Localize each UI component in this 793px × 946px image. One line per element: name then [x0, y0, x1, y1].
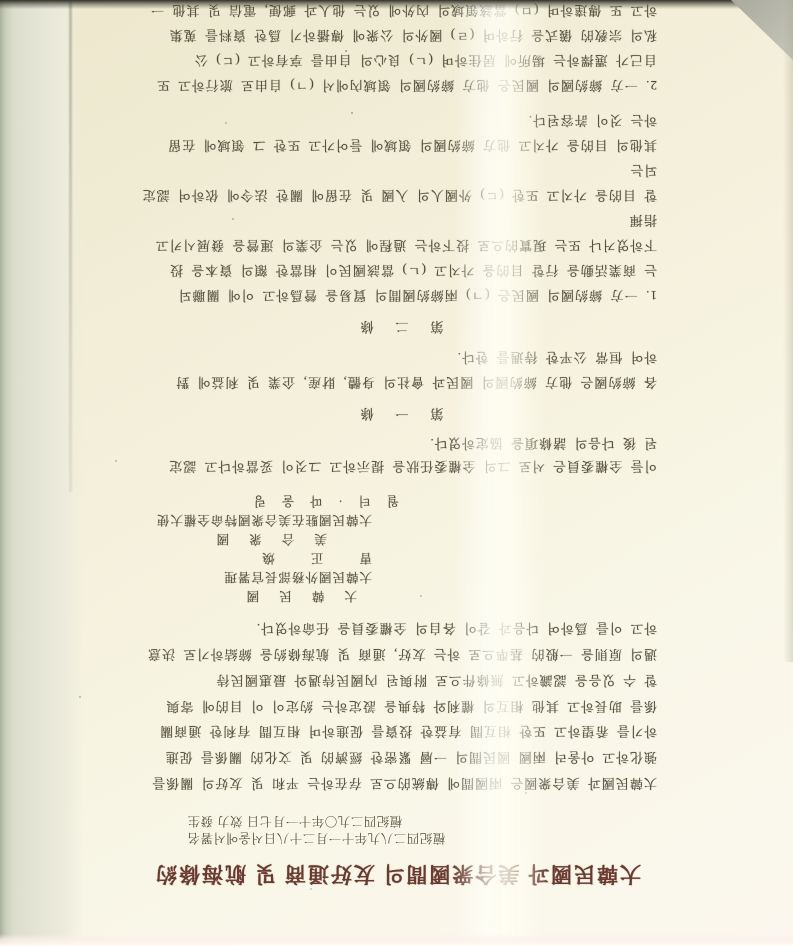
article2-paragraph-2: 2. 一方 締約國의 國民은 他方 締約國의 領域內에서 (ㄱ) 自由로 旅行하… [138, 0, 657, 98]
article2-line: 하는 것이 許容된다. [138, 108, 657, 133]
preamble-paragraph: 大韓民國과 美合衆國은 兩國間에 傳統的으로 存在하는 平和 및 友好의 關係를… [138, 615, 657, 796]
document-content: 大韓民國과 美合衆國間의 友好通商 및 航海條約 檀紀四二八九年十一月二十八日서… [0, 0, 793, 946]
preamble-line: 할 수 있음을 認識하고 無條件으로 附與된 內國民待遇와 最惠國民待 [138, 667, 657, 693]
article2-line: 는 商業活動을 行할 目的을 가지고 (ㄴ) 當該國民이 相當한 額의 資本을 … [138, 258, 657, 283]
article1-body: 各 締約國은 他方 締約國의 國民과 會社의 身體, 財産, 企業 및 利益에 … [138, 345, 657, 395]
treaty-title: 大韓民國과 美合衆國間의 友好通商 및 航海條約 [138, 858, 657, 890]
article2-line: 自己가 選擇하는 場所에 居住하며 (ㄴ) 良心의 自由를 享有하고 (ㄷ) 公 [138, 48, 657, 73]
article1-line: 各 締約國은 他方 締約國의 國民과 會社의 身體, 財産, 企業 및 利益에 … [138, 370, 657, 395]
article2-line: 할 目的을 가지고 또한 (ㄷ) 外國人의 入國 및 在留에 關한 法令에 依하… [138, 158, 657, 208]
plenipotentiary-line: 된 後 다음의 諸條項을 協定하였다. [138, 432, 657, 455]
article2-paragraph-1: 1. 一方 締約國의 國民은 (ㄱ) 兩締約國間의 貿易을 營爲하고 이에 關聯… [138, 108, 657, 308]
date-block: 檀紀四二八九年十一月二十八日서울에서署名 檀紀四二九〇年十一月七日 效力 發生 [187, 812, 657, 846]
article2-line: 하고 또 傳達하며 (ㅁ) 當該領域의 內外에 있는 他人과 郵便, 電信 및 … [138, 0, 657, 23]
plenipotentiary-line: 이들 全權委員은 서로 그의 全權委任狀을 提示하고 그것이 妥當하다고 認定 [138, 455, 657, 478]
us-signatory-title: 大韓民國駐在美合衆國特命全權大使 [138, 510, 372, 529]
korea-signatory-name: 曺 正 煥 [138, 548, 372, 567]
scanned-document-page: 大韓民國과 美合衆國間의 友好通商 및 航海條約 檀紀四二八九年十一月二十八日서… [0, 0, 793, 946]
signatory-block: 大 韓 民 國 大韓民國外務部長官署理 曺 正 煥 美 合 衆 國 大韓民國駐在… [138, 491, 657, 605]
article2-line: 2. 一方 締約國의 國民은 他方 締約國의 領域內에서 (ㄱ) 自由로 旅行하… [138, 73, 657, 98]
us-label: 美 合 衆 國 [138, 529, 327, 548]
article2-line: 1. 一方 締約國의 國民은 (ㄱ) 兩締約國間의 貿易을 營爲하고 이에 關聯… [138, 283, 657, 308]
korea-label: 大 韓 民 國 [138, 586, 357, 605]
preamble-line: 係를 助長하고 其他 相互의 權利와 特典을 設定하는 約定이 이 目的에 寄與 [138, 693, 657, 719]
preamble-line: 遇의 原則을 一般的 基準으로 하는 友好, 通商 및 航海條約을 締結하기로 … [138, 641, 657, 667]
preamble-line: 하고 이를 爲하여 다음과 같이 各自의 全權委員을 任命하였다. [138, 615, 657, 641]
preamble-line: 大韓民國과 美合衆國은 兩國間에 傳統的으로 存在하는 平和 및 友好의 關係를 [138, 770, 657, 796]
effective-date-line: 檀紀四二九〇年十一月七日 效力 發生 [187, 812, 657, 829]
us-signatory-name: 월 터 · 따 울 링 [138, 491, 399, 510]
korea-signatory-title: 大韓民國外務部長官署理 [138, 567, 372, 586]
article2-heading: 第 二 條 [138, 316, 657, 336]
preamble-line: 하기를 希望하고 또한 相互間 有益한 投資를 促進하며 相互間 有利한 通商關 [138, 719, 657, 745]
plenipotentiary-paragraph: 이들 全權委員은 서로 그의 全權委任狀을 提示하고 그것이 妥當하다고 認定 … [138, 432, 657, 478]
article1-heading: 第 一 條 [138, 403, 657, 423]
article2-line: 私의 宗敎的 儀式을 行하며 (ㄹ) 國外의 公衆에 傳播하기 爲한 資料를 蒐… [138, 23, 657, 48]
article2-line: 下하였거나 또는 現實的으로 投下하는 過程에 있는 企業의 運營을 發展시키고… [138, 208, 657, 258]
signing-date-line: 檀紀四二八九年十一月二十八日서울에서署名 [187, 829, 657, 846]
article1-line: 하여 恒常 公平한 待遇를 한다. [138, 345, 657, 370]
preamble-line: 強化하고 아울러 兩國 國民間의 一層 緊密한 經濟的 및 文化的 關係를 促進 [138, 744, 657, 770]
article2-line: 其他의 目的을 가지고 他方 締約國의 領域에 들어가고 또한 그 領域에 在留 [138, 133, 657, 158]
